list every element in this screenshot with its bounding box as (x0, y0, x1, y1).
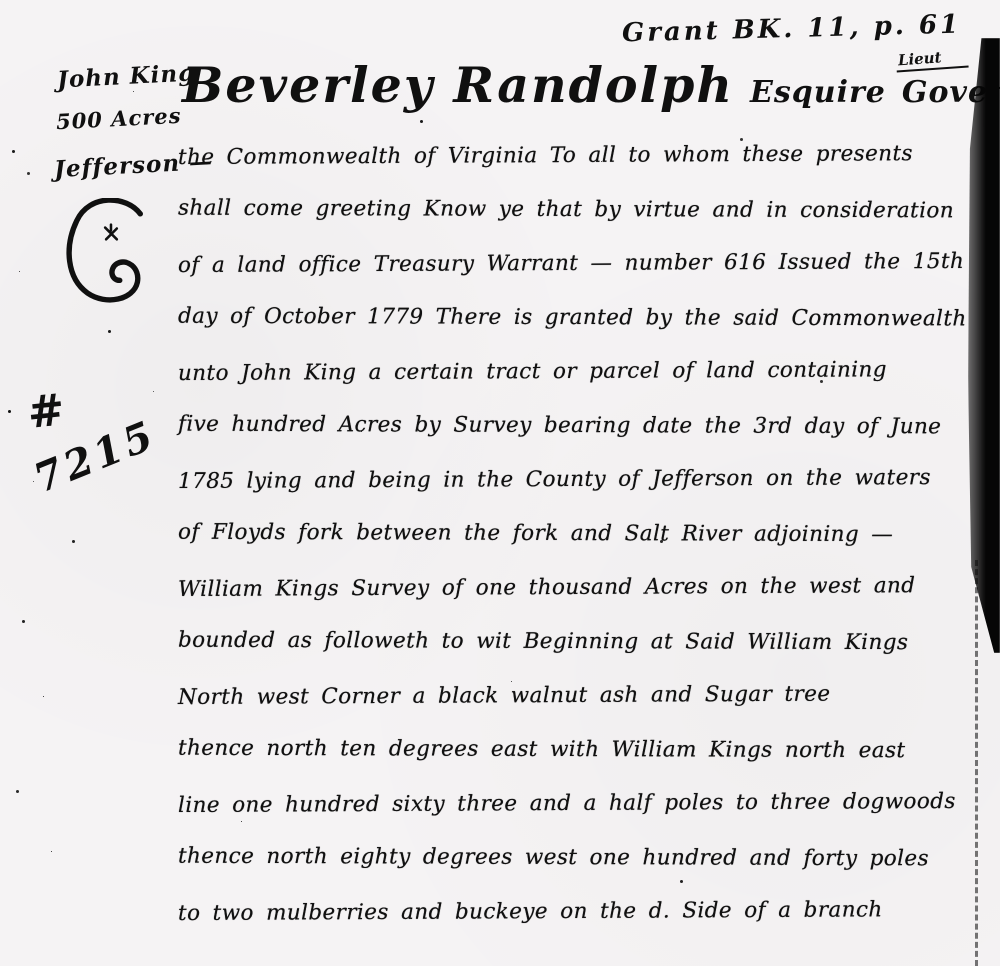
body-line: unto John King a certain tract or parcel… (178, 342, 953, 400)
body-line: of a land office Treasury Warrant — numb… (178, 234, 953, 292)
interlined-insertion: Lieut (895, 47, 968, 73)
scan-noise (420, 120, 423, 123)
body-line: shall come greeting Know ye that by virt… (178, 181, 953, 238)
body-line: thence north eighty degrees west one hun… (178, 829, 953, 886)
body-line: bounded as followeth to wit Beginning at… (178, 613, 953, 670)
scanned-land-grant-page: Grant BK. 11, p. 61 John King 500 Acres … (0, 0, 1000, 966)
scan-gutter-shadow (968, 38, 1000, 653)
grant-body-text: the Commonwealth of Virginia To all to w… (178, 128, 953, 938)
body-line: North west Corner a black walnut ash and… (178, 666, 953, 724)
body-line: day of October 1779 There is granted by … (178, 289, 953, 346)
body-line: five hundred Acres by Survey bearing dat… (178, 397, 953, 454)
body-line: the Commonwealth of Virginia To all to w… (178, 126, 953, 184)
grantor-title: Esquire (750, 75, 886, 110)
grantor-name: Beverley Randolph (182, 50, 734, 120)
body-line: line one hundred sixty three and a half … (178, 774, 953, 832)
body-line: William Kings Survey of one thousand Acr… (178, 558, 953, 616)
margin-grantee-name: John King (56, 59, 195, 93)
body-line: to two mulberries and buckeye on the d. … (178, 882, 953, 940)
clerk-flourish-mark-icon (66, 198, 154, 310)
body-line: of Floyds fork between the fork and Salt… (178, 505, 953, 562)
grant-book-annotation: Grant BK. 11, p. 61 (622, 10, 962, 49)
document-heading: Beverley Randolph Esquire Lieut Governor… (182, 50, 1000, 120)
margin-acreage: 500 Acres (55, 103, 182, 135)
scan-noise (12, 150, 15, 153)
scan-edge-dashes (975, 560, 978, 966)
body-line: 1785 lying and being in the County of Je… (178, 450, 953, 508)
body-line: thence north ten degrees east with Willi… (178, 721, 953, 778)
file-number: # 7215 (17, 374, 163, 495)
